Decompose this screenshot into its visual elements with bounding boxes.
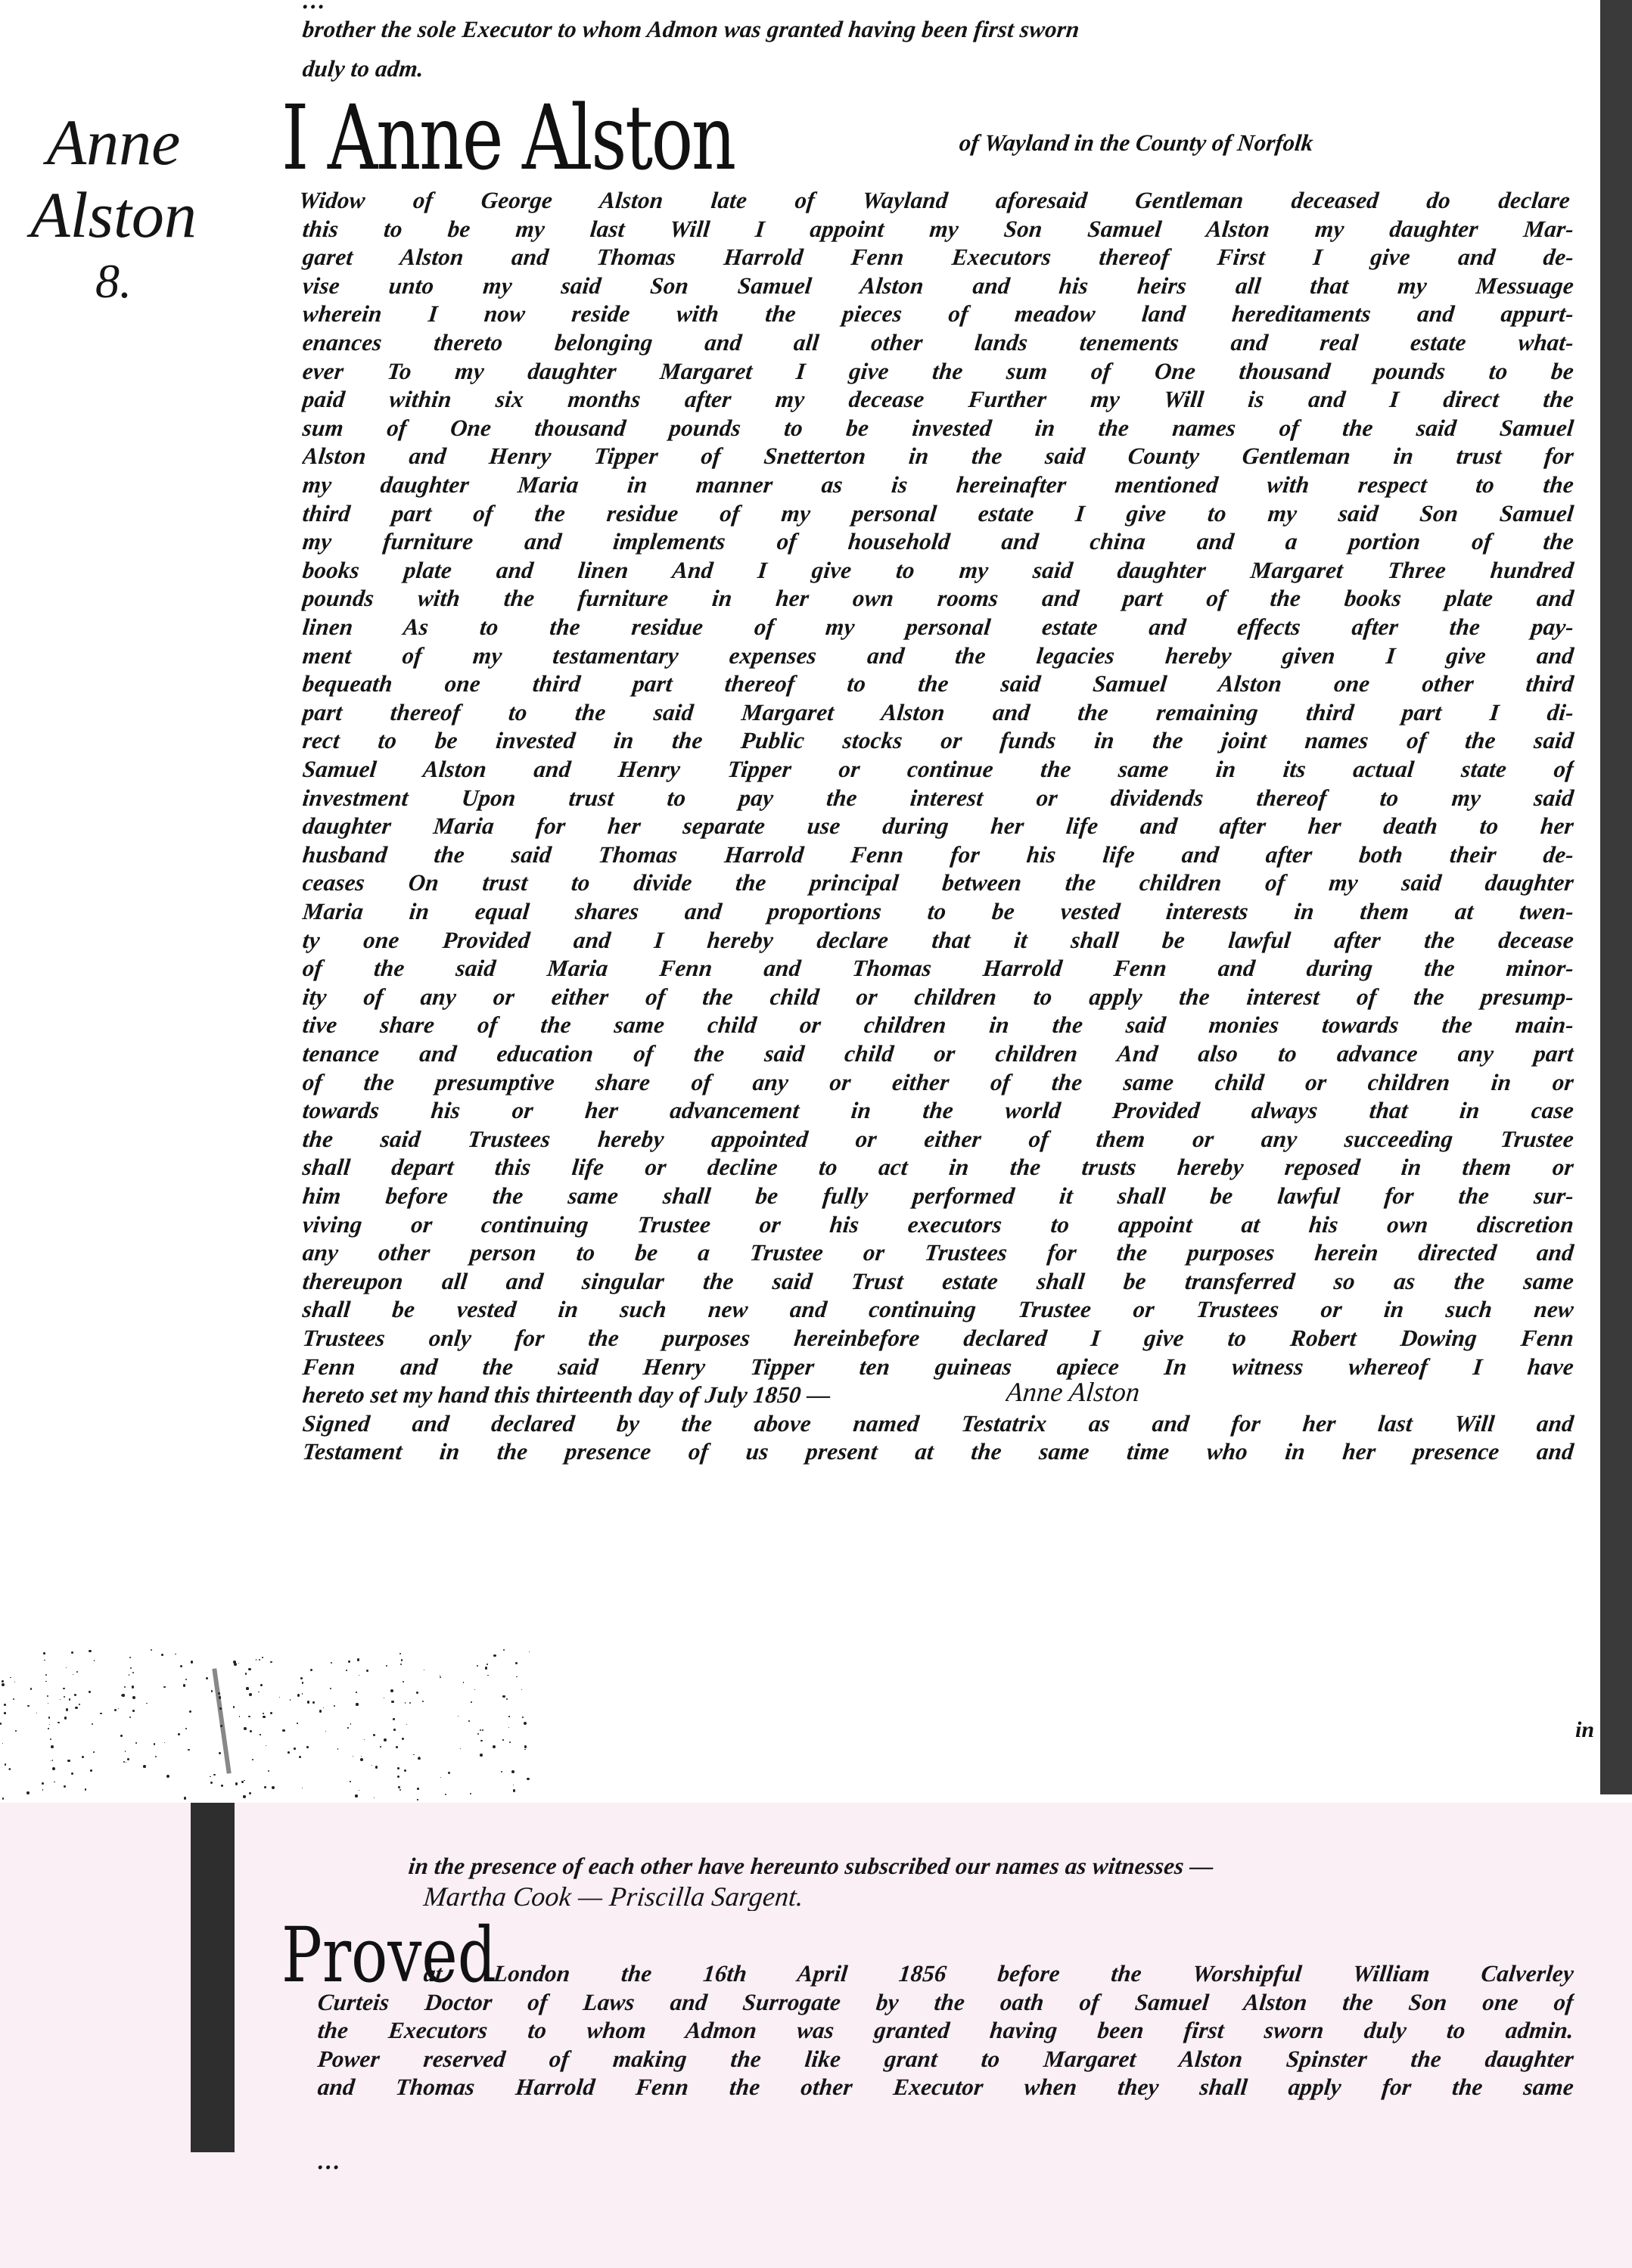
noise-speckle bbox=[282, 1729, 285, 1732]
will-body-line: thereupon all and singular the said Trus… bbox=[301, 1267, 1575, 1296]
will-body-line: rect to be invested in the Public stocks… bbox=[301, 726, 1575, 755]
noise-speckle bbox=[393, 1718, 395, 1720]
will-body-line: third part of the residue of my personal… bbox=[301, 499, 1575, 528]
will-body-line: Trustees only for the purposes hereinbef… bbox=[301, 1324, 1575, 1353]
noise-speckle bbox=[524, 1722, 527, 1725]
will-body-line: shall depart this life or decline to act… bbox=[301, 1153, 1575, 1182]
noise-speckle bbox=[485, 1667, 487, 1669]
noise-speckle bbox=[71, 1651, 73, 1654]
will-body-line: towards his or her advancement in the wo… bbox=[301, 1096, 1575, 1125]
probate-line: the Executors to whom Admon was granted … bbox=[316, 2016, 1575, 2045]
noise-speckle bbox=[114, 1709, 117, 1711]
noise-speckle bbox=[52, 1767, 55, 1770]
noise-speckle bbox=[527, 1778, 529, 1780]
will-body-line: sum of One thousand pounds to be investe… bbox=[301, 414, 1575, 443]
noise-speckle bbox=[243, 1795, 246, 1798]
noise-speckle bbox=[64, 1785, 66, 1788]
will-body-line: tenance and education of the said child … bbox=[301, 1039, 1575, 1068]
noise-speckle bbox=[360, 1758, 363, 1761]
probate-partial-line: … bbox=[316, 2147, 1590, 2176]
noise-speckle bbox=[93, 1751, 95, 1753]
noise-speckle bbox=[259, 1659, 260, 1661]
noise-speckle bbox=[123, 1761, 125, 1763]
will-body-line: ceases On trust to divide the principal … bbox=[301, 868, 1575, 897]
noise-speckle bbox=[180, 1665, 182, 1667]
noise-speckle bbox=[357, 1658, 360, 1661]
noise-speckle bbox=[67, 1760, 70, 1763]
noise-speckle bbox=[220, 1725, 222, 1727]
will-body-line: Testament in the presence of us present … bbox=[301, 1437, 1575, 1466]
noise-speckle bbox=[268, 1770, 269, 1772]
probate-line: Curteis Doctor of Laws and Surrogate by … bbox=[316, 1988, 1575, 2017]
will-body-line: enances thereto belonging and all other … bbox=[301, 328, 1575, 357]
scanner-edge-right bbox=[1600, 0, 1632, 1794]
preceding-partial-line: … bbox=[301, 0, 1575, 15]
noise-speckle bbox=[66, 1667, 67, 1669]
will-body-line: bequeath one third part thereof to the s… bbox=[301, 670, 1575, 698]
will-body-line: viving or continuing Trustee or his exec… bbox=[301, 1210, 1575, 1239]
will-body-line: the said Trustees hereby appointed or ei… bbox=[301, 1125, 1575, 1154]
noise-speckle bbox=[132, 1710, 135, 1712]
preceding-line: duly to adm. bbox=[301, 54, 1575, 83]
noise-speckle bbox=[524, 1745, 527, 1748]
noise-speckle bbox=[120, 1735, 123, 1737]
noise-speckle bbox=[401, 1659, 403, 1661]
document-scan: Anne Alston 8. … brother the sole Execut… bbox=[0, 0, 1632, 2268]
noise-speckle bbox=[258, 1692, 259, 1692]
will-body-line: of the said Maria Fenn and Thomas Harrol… bbox=[301, 954, 1575, 983]
noise-speckle bbox=[302, 1693, 303, 1694]
noise-speckle bbox=[27, 1705, 29, 1707]
margin-note: Anne Alston 8. bbox=[0, 106, 227, 312]
will-body-line: pounds with the furniture in her own roo… bbox=[301, 584, 1575, 613]
noise-speckle bbox=[263, 1713, 264, 1714]
will-heading-tail: of Wayland in the County of Norfolk bbox=[958, 129, 1581, 159]
noise-speckle bbox=[189, 1710, 191, 1713]
will-body-line: ity of any or either of the child or chi… bbox=[301, 983, 1575, 1011]
probate-line: and Thomas Harrold Fenn the other Execut… bbox=[316, 2073, 1575, 2102]
will-body-line: ment of my testamentary expenses and the… bbox=[301, 642, 1575, 670]
noise-speckle bbox=[384, 1738, 387, 1741]
noise-speckle bbox=[92, 1723, 93, 1725]
noise-speckle bbox=[178, 1733, 180, 1735]
noise-speckle bbox=[380, 1746, 381, 1748]
noise-speckle bbox=[9, 1768, 11, 1769]
noise-speckle bbox=[43, 1652, 45, 1654]
noise-speckle bbox=[396, 1746, 398, 1748]
noise-speckle bbox=[45, 1674, 47, 1676]
noise-speckle bbox=[64, 1717, 67, 1720]
will-body-line: vise unto my said Son Samuel Alston and … bbox=[301, 272, 1575, 300]
will-body-line: this to be my last Will I appoint my Son… bbox=[301, 215, 1575, 244]
noise-speckle bbox=[468, 1720, 470, 1722]
probate-line: Power reserved of making the like grant … bbox=[316, 2045, 1575, 2074]
noise-speckle bbox=[239, 1716, 241, 1717]
noise-speckle bbox=[393, 1729, 396, 1731]
noise-speckle bbox=[374, 1797, 375, 1798]
noise-speckle bbox=[246, 1687, 248, 1689]
noise-speckle bbox=[418, 1757, 421, 1760]
will-body-line: daughter Maria for her separate use duri… bbox=[301, 812, 1575, 840]
noise-speckle bbox=[375, 1766, 378, 1768]
noise-speckle bbox=[508, 1727, 509, 1728]
noise-speckle bbox=[143, 1765, 146, 1768]
noise-speckle bbox=[463, 1682, 464, 1682]
noise-speckle bbox=[249, 1792, 251, 1794]
will-body-line: Samuel Alston and Henry Tipper or contin… bbox=[301, 755, 1575, 784]
noise-speckle bbox=[13, 1698, 14, 1700]
noise-speckle bbox=[417, 1788, 419, 1790]
noise-speckle bbox=[66, 1708, 68, 1710]
will-body-line: Fenn and the said Henry Tipper ten guine… bbox=[301, 1353, 1575, 1381]
noise-speckle bbox=[355, 1794, 358, 1797]
noise-speckle bbox=[440, 1676, 441, 1678]
noise-speckle bbox=[248, 1716, 250, 1717]
will-body-line: husband the said Thomas Harrold Fenn for… bbox=[301, 840, 1575, 869]
will-body-line: any other person to be a Trustee or Trus… bbox=[301, 1238, 1575, 1267]
noise-speckle bbox=[302, 1682, 304, 1684]
will-body-line: of the presumptive share of any or eithe… bbox=[301, 1068, 1575, 1097]
noise-speckle bbox=[262, 1657, 263, 1658]
noise-speckle bbox=[263, 1717, 266, 1719]
noise-speckle bbox=[218, 1692, 220, 1695]
noise-speckle bbox=[129, 1657, 131, 1658]
noise-speckle bbox=[353, 1756, 353, 1757]
preceding-line: brother the sole Executor to whom Admon … bbox=[301, 15, 1575, 44]
noise-speckle bbox=[90, 1769, 92, 1772]
noise-speckle bbox=[48, 1717, 50, 1718]
noise-speckle bbox=[480, 1754, 483, 1757]
noise-speckle bbox=[213, 1774, 215, 1776]
noise-speckle bbox=[175, 1654, 176, 1654]
noise-speckle bbox=[397, 1767, 399, 1769]
noise-speckle bbox=[166, 1775, 169, 1778]
noise-speckle bbox=[71, 1772, 73, 1775]
noise-speckle bbox=[185, 1728, 187, 1729]
noise-speckle bbox=[244, 1727, 247, 1730]
margin-name-last: Alston bbox=[0, 179, 227, 251]
noise-speckle bbox=[486, 1664, 488, 1665]
noise-speckle bbox=[48, 1728, 49, 1729]
noise-speckle bbox=[508, 1716, 510, 1717]
noise-speckle bbox=[125, 1751, 126, 1751]
noise-speckle bbox=[89, 1691, 90, 1692]
noise-speckle bbox=[210, 1782, 213, 1784]
noise-speckle bbox=[299, 1756, 301, 1758]
noise-speckle bbox=[319, 1710, 322, 1712]
noise-speckle bbox=[521, 1689, 522, 1690]
noise-speckle bbox=[219, 1752, 221, 1754]
will-body-line: Maria in equal shares and proportions to… bbox=[301, 897, 1575, 926]
noise-speckle bbox=[221, 1785, 223, 1787]
noise-speckle bbox=[364, 1739, 365, 1740]
catchword: in bbox=[1575, 1717, 1594, 1743]
noise-speckle bbox=[522, 1717, 524, 1718]
noise-speckle bbox=[348, 1661, 350, 1662]
noise-speckle bbox=[416, 1692, 418, 1694]
noise-speckle bbox=[417, 1799, 418, 1800]
noise-speckle bbox=[516, 1676, 517, 1677]
noise-speckle bbox=[75, 1707, 78, 1710]
noise-speckle bbox=[470, 1793, 471, 1794]
will-body-line: investment Upon trust to pay the interes… bbox=[301, 784, 1575, 812]
noise-speckle bbox=[487, 1675, 489, 1676]
noise-speckle bbox=[163, 1686, 166, 1689]
will-body-line: paid within six months after my decease … bbox=[301, 385, 1575, 414]
will-body-line: linen As to the residue of my personal e… bbox=[301, 613, 1575, 642]
noise-speckle bbox=[73, 1674, 73, 1675]
noise-speckle bbox=[252, 1759, 253, 1760]
testatrix-signature: Anne Alston bbox=[1005, 1378, 1280, 1406]
noise-speckle bbox=[48, 1703, 48, 1704]
will-heading: I Anne Alston bbox=[281, 92, 735, 183]
noise-speckle bbox=[493, 1654, 496, 1657]
noise-speckle bbox=[89, 1650, 92, 1653]
noise-speckle bbox=[219, 1696, 221, 1698]
noise-speckle bbox=[79, 1704, 80, 1705]
noise-speckle bbox=[448, 1772, 450, 1774]
noise-speckle bbox=[49, 1724, 50, 1725]
will-body-line: tive share of the same child or children… bbox=[301, 1011, 1575, 1039]
noise-speckle bbox=[42, 1782, 44, 1785]
noise-speckle bbox=[386, 1665, 387, 1667]
will-body-line: books plate and linen And I give to my s… bbox=[301, 556, 1575, 585]
noise-speckle bbox=[288, 1751, 290, 1754]
noise-speckle bbox=[4, 1712, 6, 1714]
noise-speckle bbox=[350, 1723, 351, 1724]
noise-speckle bbox=[5, 1763, 6, 1765]
noise-speckle bbox=[471, 1701, 472, 1703]
noise-speckle bbox=[302, 1788, 303, 1788]
noise-speckle bbox=[161, 1654, 163, 1656]
noise-speckle bbox=[294, 1748, 295, 1749]
will-body-line: ever To my daughter Margaret I give the … bbox=[301, 357, 1575, 386]
will-body-line: my daughter Maria in manner as is herein… bbox=[301, 471, 1575, 499]
will-body-line: my furniture and implements of household… bbox=[301, 527, 1575, 556]
scanner-edge-left bbox=[191, 1803, 235, 2152]
noise-speckle bbox=[63, 1688, 64, 1689]
noise-speckle bbox=[482, 1729, 483, 1731]
noise-speckle bbox=[440, 1777, 441, 1778]
noise-speckle bbox=[58, 1722, 59, 1723]
noise-speckle bbox=[260, 1734, 260, 1735]
will-body-line: ty one Provided and I hereby declare tha… bbox=[301, 926, 1575, 955]
noise-speckle bbox=[480, 1740, 482, 1741]
will-body-line: part thereof to the said Margaret Alston… bbox=[301, 698, 1575, 727]
will-body-line: Widow of George Alston late of Wayland a… bbox=[297, 186, 1571, 215]
noise-speckle bbox=[184, 1797, 186, 1799]
noise-speckle bbox=[129, 1674, 129, 1675]
will-body-line: Signed and declared by the above named T… bbox=[301, 1409, 1575, 1438]
noise-speckle bbox=[347, 1727, 349, 1729]
noise-speckle bbox=[312, 1701, 315, 1704]
noise-speckle bbox=[529, 1651, 530, 1652]
noise-speckle bbox=[297, 1723, 298, 1724]
noise-speckle bbox=[235, 1782, 238, 1785]
noise-speckle bbox=[346, 1670, 347, 1671]
noise-speckle bbox=[350, 1781, 351, 1782]
will-body-line: garet Alston and Thomas Harrold Fenn Exe… bbox=[301, 243, 1575, 272]
will-body-line: Alston and Henry Tipper of Snetterton in… bbox=[301, 442, 1575, 471]
margin-name-first: Anne bbox=[0, 106, 227, 179]
noise-speckle bbox=[511, 1770, 514, 1773]
margin-folio-number: 8. bbox=[0, 251, 227, 312]
noise-speckle bbox=[502, 1739, 503, 1740]
noise-speckle bbox=[509, 1741, 511, 1743]
will-body-line: hereto set my hand this thirteenth day o… bbox=[301, 1381, 1000, 1409]
noise-speckle bbox=[356, 1703, 358, 1705]
noise-speckle bbox=[356, 1692, 357, 1693]
noise-speckle bbox=[30, 1688, 32, 1689]
noise-speckle bbox=[306, 1746, 308, 1748]
probate-line: at London the 16th April 1856 before the… bbox=[422, 1959, 1575, 1988]
noise-speckle bbox=[413, 1754, 415, 1756]
noise-speckle bbox=[2, 1680, 4, 1682]
noise-speckle bbox=[126, 1762, 126, 1763]
will-body-line: wherein I now reside with the pieces of … bbox=[301, 300, 1575, 328]
will-body-line: him before the same shall be fully perfo… bbox=[301, 1182, 1575, 1210]
noise-speckle bbox=[26, 1791, 30, 1794]
will-body-line: shall be vested in such new and continui… bbox=[301, 1295, 1575, 1324]
noise-speckle bbox=[183, 1684, 185, 1686]
noise-speckle bbox=[4, 1704, 6, 1706]
attestation-line: in the presence of each other have hereu… bbox=[407, 1852, 1575, 1881]
noise-speckle bbox=[44, 1660, 45, 1661]
noise-speckle bbox=[132, 1696, 135, 1699]
witness-signatures: Martha Cook — Priscilla Sargent. bbox=[422, 1882, 1182, 1911]
